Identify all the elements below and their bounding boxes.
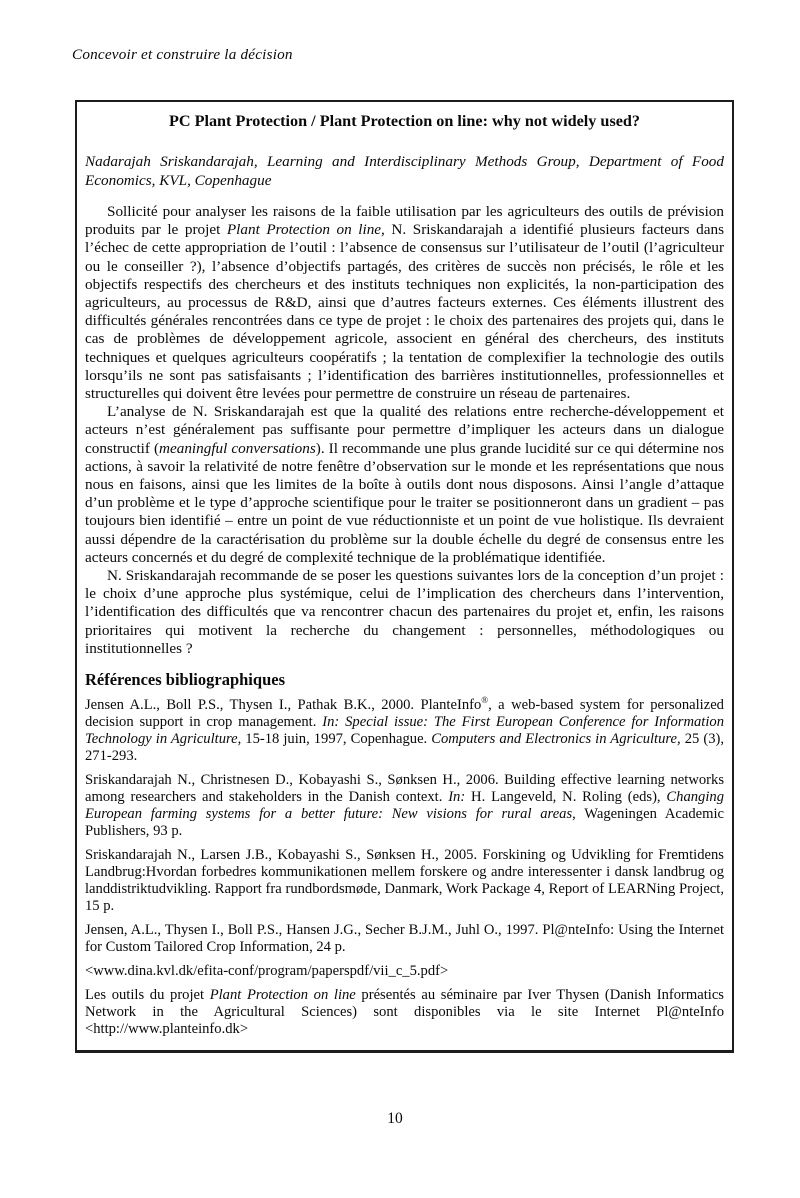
availability-note: Les outils du projet Plant Protection on… bbox=[85, 987, 724, 1038]
document-page: Concevoir et construire la décision PC P… bbox=[0, 0, 800, 1198]
abstract-paragraph-1: Sollicité pour analyser les raisons de l… bbox=[85, 203, 724, 403]
page-number: 10 bbox=[0, 1110, 790, 1128]
abstract-box: PC Plant Protection / Plant Protection o… bbox=[75, 100, 734, 1053]
references-heading: Références bibliographiques bbox=[85, 670, 724, 690]
abstract-paragraph-3: N. Sriskandarajah recommande de se poser… bbox=[85, 567, 724, 658]
reference-entry-2: Sriskandarajah N., Christnesen D., Kobay… bbox=[85, 772, 724, 840]
reference-entry-3: Sriskandarajah N., Larsen J.B., Kobayash… bbox=[85, 847, 724, 915]
authors-line: Nadarajah Sriskandarajah, Learning and I… bbox=[85, 152, 724, 190]
running-header: Concevoir et construire la décision bbox=[72, 46, 293, 64]
box-title: PC Plant Protection / Plant Protection o… bbox=[85, 111, 724, 131]
reference-url: <www.dina.kvl.dk/efita-conf/program/pape… bbox=[85, 963, 724, 980]
reference-entry-4: Jensen, A.L., Thysen I., Boll P.S., Hans… bbox=[85, 922, 724, 956]
abstract-paragraph-2: L’analyse de N. Sriskandarajah est que l… bbox=[85, 403, 724, 567]
reference-entry-1: Jensen A.L., Boll P.S., Thysen I., Patha… bbox=[85, 697, 724, 765]
